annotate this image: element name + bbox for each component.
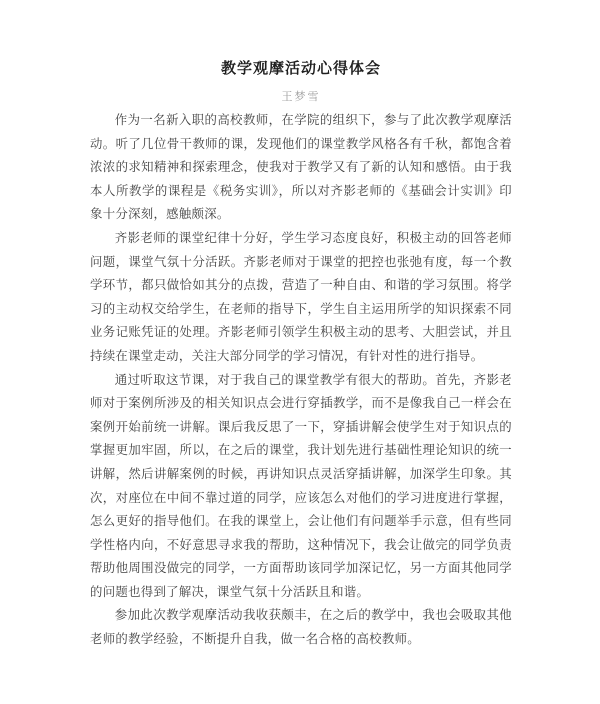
author-name: 王梦雪 — [90, 89, 512, 105]
document-body: 作为一名新入职的高校教师，在学院的组织下，参与了此次教学观摩活动。听了几位骨干教… — [90, 109, 512, 652]
document-content: 教学观摩活动心得体会 王梦雪 作为一名新入职的高校教师，在学院的组织下，参与了此… — [0, 0, 600, 652]
paragraph-3: 通过听取这节课，对于我自己的课堂教学有很大的帮助。首先，齐影老师对于案例所涉及的… — [90, 369, 512, 605]
document-page: 教学观摩活动心得体会 王梦雪 作为一名新入职的高校教师，在学院的组织下，参与了此… — [0, 0, 600, 704]
paragraph-1: 作为一名新入职的高校教师，在学院的组织下，参与了此次教学观摩活动。听了几位骨干教… — [90, 109, 512, 227]
document-title: 教学观摩活动心得体会 — [90, 58, 512, 80]
paragraph-2: 齐影老师的课堂纪律十分好，学生学习态度良好，积极主动的回答老师问题，课堂气氛十分… — [90, 227, 512, 369]
paragraph-4: 参加此次教学观摩活动我收获颇丰，在之后的教学中，我也会吸取其他老师的教学经验，不… — [90, 604, 512, 651]
